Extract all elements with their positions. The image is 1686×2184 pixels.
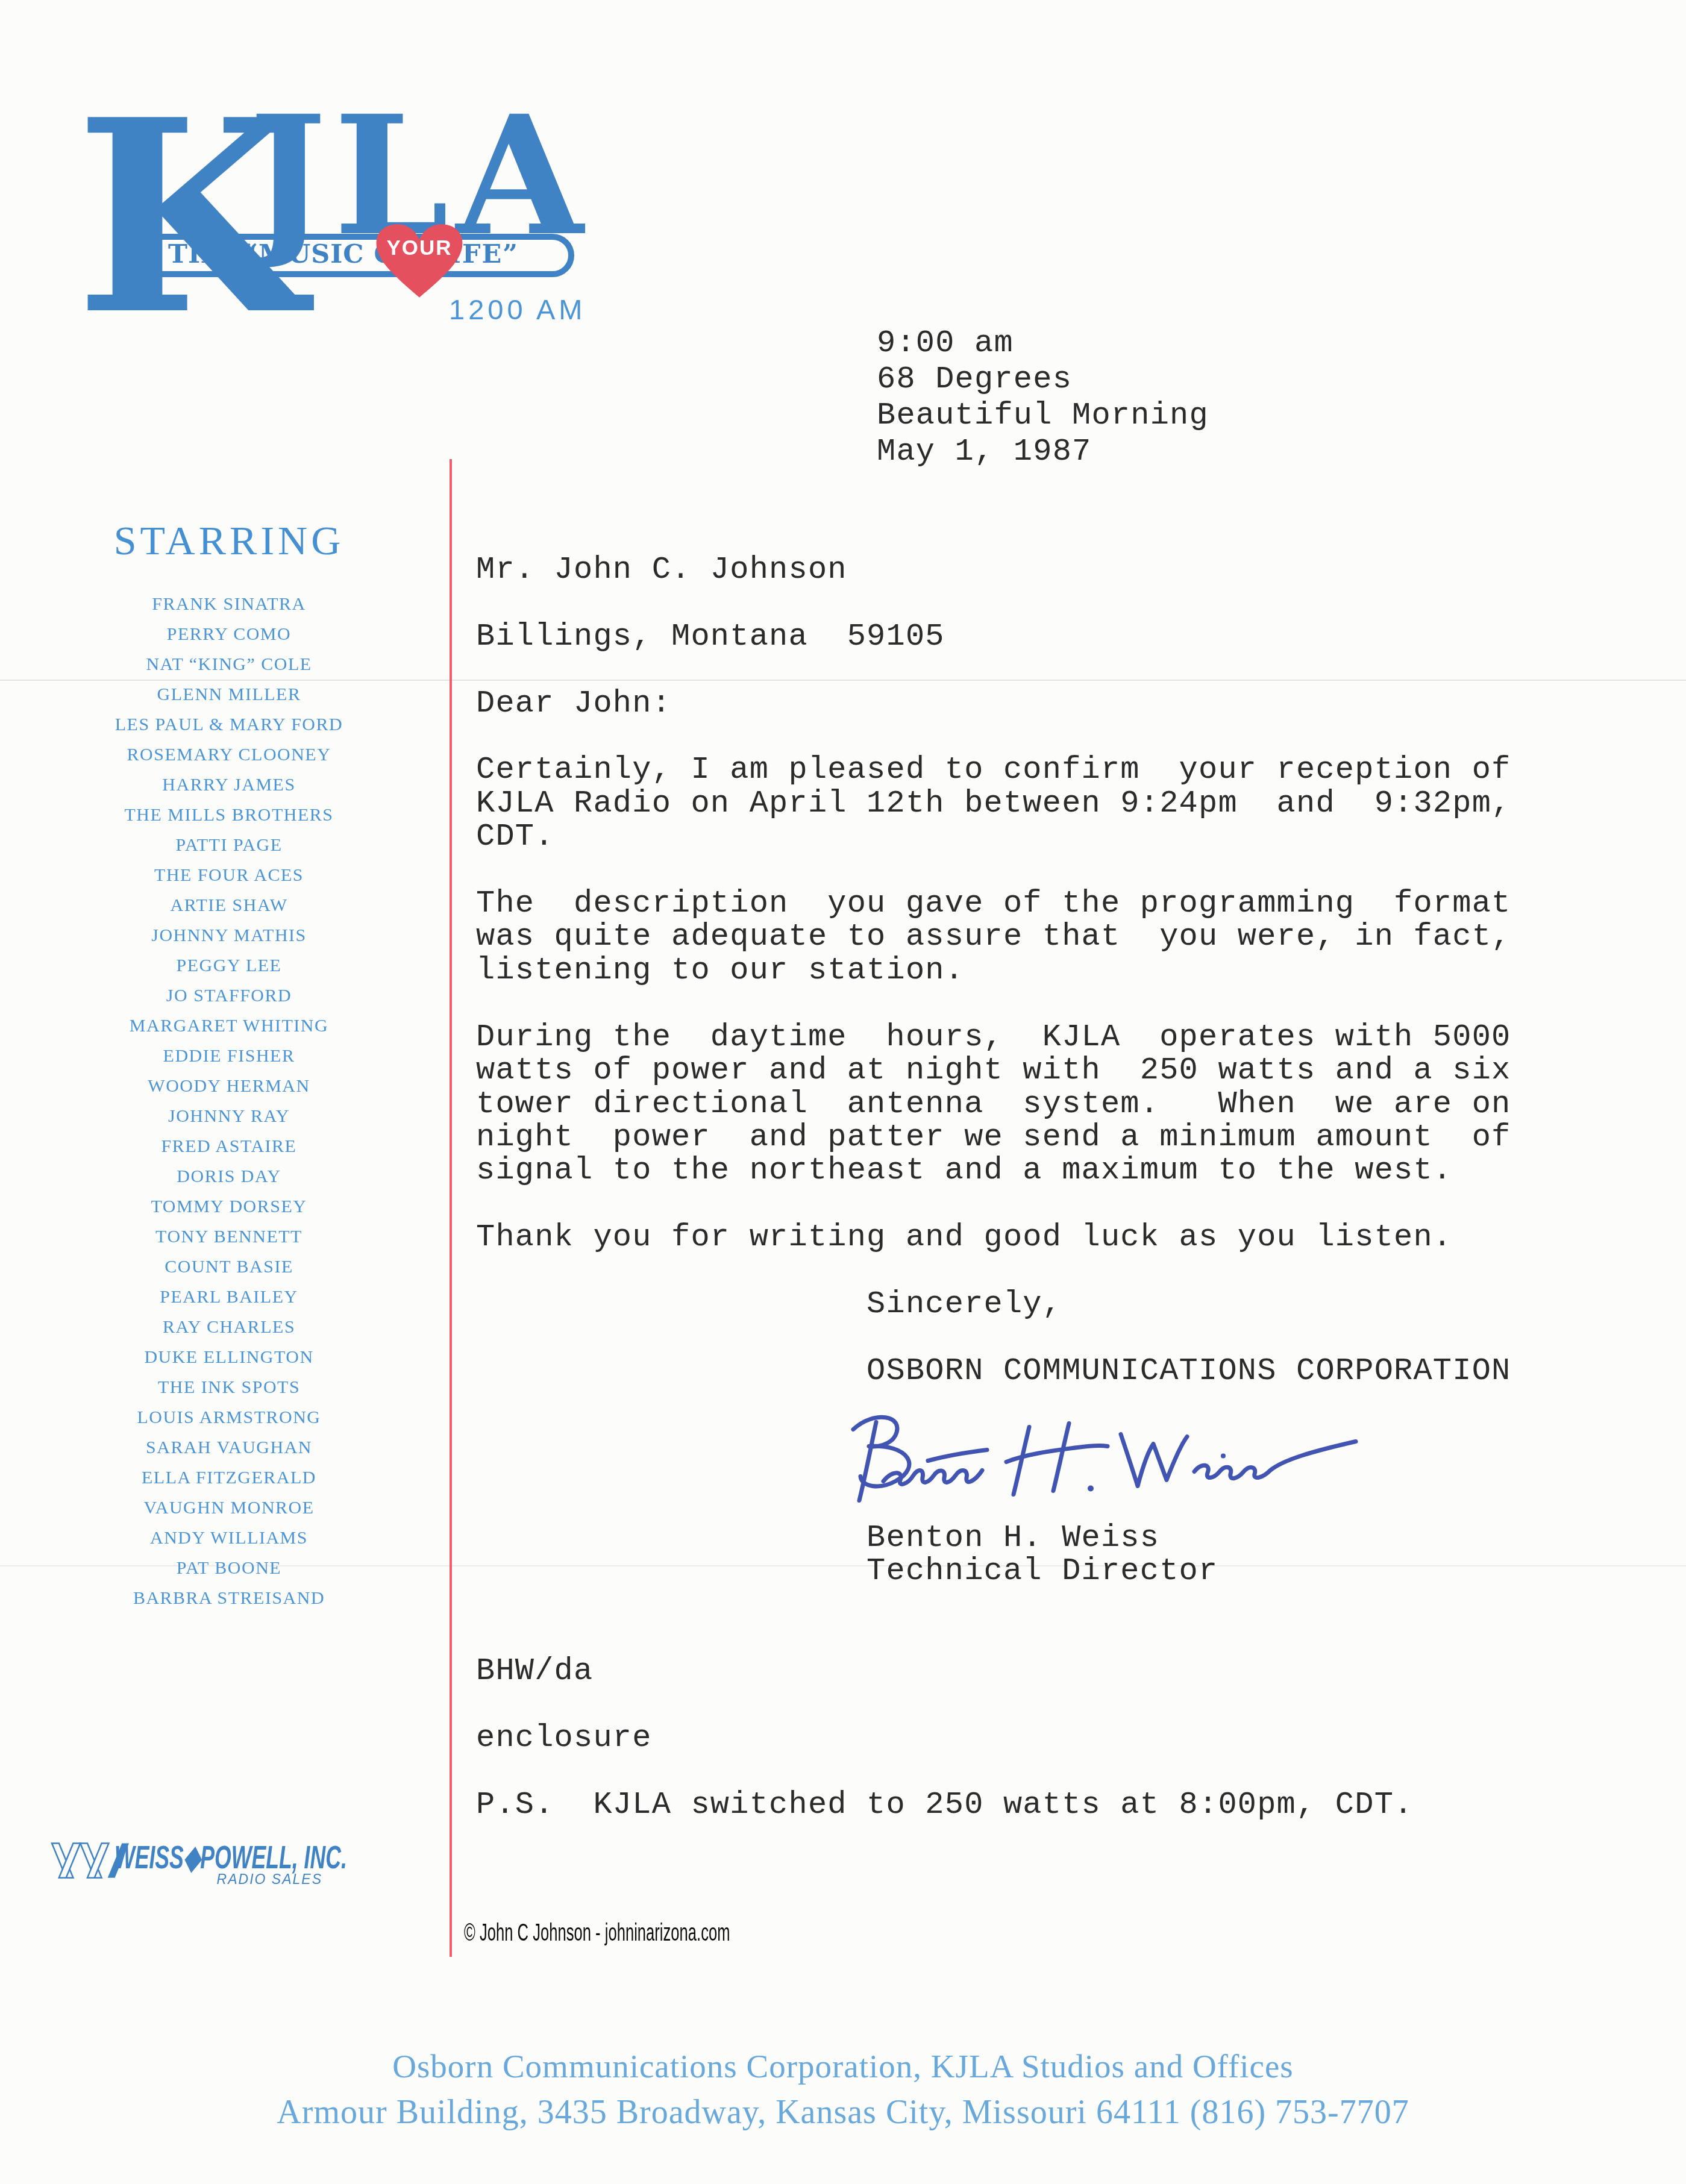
- kjla-logo: K JLA THE “MUSIC OF LIFE” YOUR TM 1200 A…: [75, 102, 594, 337]
- weiss-powell-division: RADIO SALES: [195, 1871, 322, 1888]
- starring-artist: ELLA FITZGERALD: [48, 1463, 410, 1493]
- starring-artist: COUNT BASIE: [48, 1252, 410, 1282]
- starring-artist: DUKE ELLINGTON: [48, 1342, 410, 1372]
- starring-artist: NAT “KING” COLE: [48, 649, 410, 680]
- signature-image: [838, 1407, 1380, 1537]
- starring-artist: RAY CHARLES: [48, 1312, 410, 1342]
- starring-artist: WOODY HERMAN: [48, 1071, 410, 1101]
- starring-artist: VAUGHN MONROE: [48, 1493, 410, 1523]
- starring-artist: FRANK SINATRA: [48, 589, 410, 619]
- starring-artist: GLENN MILLER: [48, 680, 410, 710]
- starring-artist: ANDY WILLIAMS: [48, 1523, 410, 1553]
- starring-artist: JO STAFFORD: [48, 981, 410, 1011]
- starring-artist: ARTIE SHAW: [48, 890, 410, 921]
- starring-artist: MARGARET WHITING: [48, 1011, 410, 1041]
- starring-artist: PERRY COMO: [48, 619, 410, 649]
- weiss-powell-company-name: WEISS◆POWELL, INC.: [114, 1841, 347, 1874]
- red-margin-rule: [450, 459, 452, 1957]
- starring-artist: TOMMY DORSEY: [48, 1192, 410, 1222]
- heart-icon: YOUR: [374, 222, 465, 300]
- starring-artist: TONY BENNETT: [48, 1222, 410, 1252]
- letter-body: Mr. John C. Johnson Billings, Montana 59…: [476, 553, 1511, 1821]
- starring-artist: JOHNNY MATHIS: [48, 921, 410, 951]
- date-block: 9:00 am 68 Degrees Beautiful Morning May…: [877, 325, 1209, 470]
- starring-artist: HARRY JAMES: [48, 770, 410, 800]
- copyright-watermark: © John C Johnson - johninarizona.com: [464, 1920, 730, 1947]
- starring-artist: THE MILLS BROTHERS: [48, 800, 410, 830]
- footer-address: Osborn Communications Corporation, KJLA …: [0, 2044, 1686, 2135]
- trademark-symbol: TM: [556, 218, 574, 231]
- starring-artist: THE INK SPOTS: [48, 1372, 410, 1403]
- starring-artist: LOUIS ARMSTRONG: [48, 1403, 410, 1433]
- weiss-powell-logo: WEISS◆POWELL, INC. RADIO SALES: [41, 1826, 342, 1892]
- starring-artist: THE FOUR ACES: [48, 860, 410, 890]
- starring-artist: JOHNNY RAY: [48, 1101, 410, 1131]
- starring-artist: PEARL BAILEY: [48, 1282, 410, 1312]
- footer-line-2: Armour Building, 3435 Broadway, Kansas C…: [0, 2089, 1686, 2135]
- starring-artist: DORIS DAY: [48, 1162, 410, 1192]
- scanned-letter-page: K JLA THE “MUSIC OF LIFE” YOUR TM 1200 A…: [0, 0, 1686, 2184]
- heart-shape: [374, 222, 465, 300]
- starring-artist: EDDIE FISHER: [48, 1041, 410, 1071]
- starring-heading: STARRING: [54, 517, 404, 565]
- starring-artist: ROSEMARY CLOONEY: [48, 740, 410, 770]
- footer-line-1: Osborn Communications Corporation, KJLA …: [0, 2044, 1686, 2089]
- starring-artist: PAT BOONE: [48, 1553, 410, 1583]
- starring-list: FRANK SINATRAPERRY COMONAT “KING” COLEGL…: [48, 589, 410, 1613]
- starring-artist: BARBRA STREISAND: [48, 1583, 410, 1613]
- starring-artist: PATTI PAGE: [48, 830, 410, 860]
- starring-artist: SARAH VAUGHAN: [48, 1433, 410, 1463]
- starring-artist: PEGGY LEE: [48, 951, 410, 981]
- starring-artist: LES PAUL & MARY FORD: [48, 710, 410, 740]
- starring-artist: FRED ASTAIRE: [48, 1131, 410, 1162]
- station-frequency: 1200 AM: [449, 293, 586, 326]
- tagline-heart-word: YOUR: [386, 236, 452, 260]
